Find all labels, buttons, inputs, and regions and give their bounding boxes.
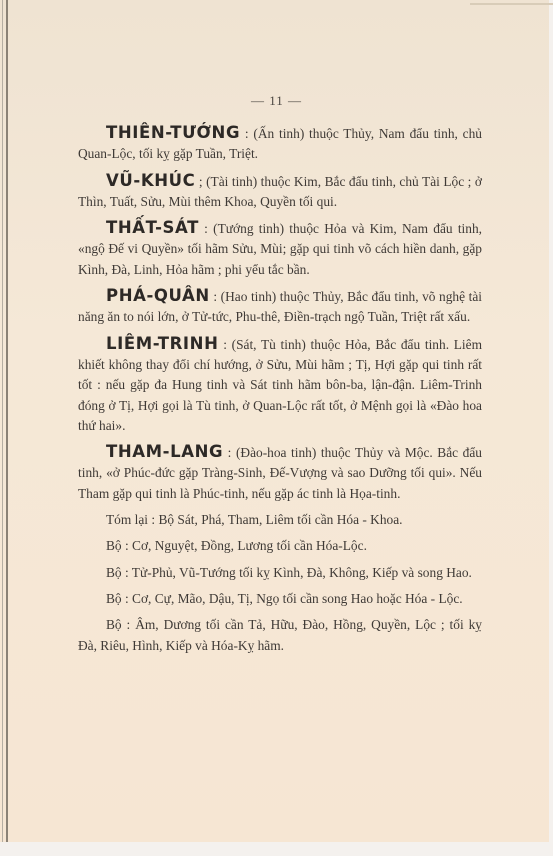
- entry-separator: :: [223, 445, 236, 460]
- entry-term: PHÁ-QUÂN: [106, 286, 210, 305]
- summary-line: Bộ : Tử-Phủ, Vũ-Tướng tối kỵ Kình, Đà, K…: [78, 563, 482, 583]
- summary-line: Tóm lại : Bộ Sát, Phá, Tham, Liêm tối cầ…: [78, 510, 482, 530]
- entry-term: LIÊM-TRINH: [106, 334, 219, 353]
- entry-paragraph: VŨ-KHÚC ; (Tài tinh) thuộc Kim, Bắc đẩu …: [78, 171, 482, 213]
- entry-liem-trinh: LIÊM-TRINH : (Sát, Tù tinh) thuộc Hỏa, B…: [78, 334, 482, 436]
- page-number: — 11 —: [0, 93, 553, 109]
- summary-line: Bộ : Cơ, Cự, Mão, Dậu, Tị, Ngọ tối cần s…: [78, 589, 482, 609]
- summary-line: Bộ : Âm, Dương tối cần Tả, Hữu, Đào, Hồn…: [78, 615, 482, 656]
- entry-paragraph: THAM-LANG : (Đào-hoa tinh) thuộc Thủy và…: [78, 442, 482, 504]
- entry-thien-tuong: THIÊN-TƯỚNG : (Ấn tinh) thuộc Thủy, Nam …: [78, 123, 482, 165]
- entry-paragraph: PHÁ-QUÂN : (Hao tinh) thuộc Thủy, Bắc đẩ…: [78, 286, 482, 328]
- entry-term: THAM-LANG: [106, 442, 223, 461]
- entry-that-sat: THẤT-SÁT : (Tướng tinh) thuộc Hỏa và Kim…: [78, 218, 482, 280]
- page-content: THIÊN-TƯỚNG : (Ấn tinh) thuộc Thủy, Nam …: [78, 123, 482, 662]
- summary-line: Bộ : Cơ, Nguyệt, Đồng, Lương tối cần Hóa…: [78, 536, 482, 556]
- page-binding-line: [6, 0, 8, 842]
- entry-separator: :: [210, 289, 221, 304]
- entry-separator: :: [240, 126, 253, 141]
- entry-pha-quan: PHÁ-QUÂN : (Hao tinh) thuộc Thủy, Bắc đẩ…: [78, 286, 482, 328]
- entry-term: THẤT-SÁT: [106, 218, 199, 237]
- entry-paragraph: LIÊM-TRINH : (Sát, Tù tinh) thuộc Hỏa, B…: [78, 334, 482, 436]
- entry-separator: :: [219, 337, 232, 352]
- entry-separator: :: [199, 221, 213, 236]
- page-top-edge: [470, 3, 553, 5]
- entry-paragraph: THẤT-SÁT : (Tướng tinh) thuộc Hỏa và Kim…: [78, 218, 482, 280]
- entry-term: THIÊN-TƯỚNG: [106, 123, 240, 142]
- book-page: — 11 — THIÊN-TƯỚNG : (Ấn tinh) thuộc Thủ…: [0, 0, 549, 842]
- entry-tham-lang: THAM-LANG : (Đào-hoa tinh) thuộc Thủy và…: [78, 442, 482, 504]
- entry-vu-khuc: VŨ-KHÚC ; (Tài tinh) thuộc Kim, Bắc đẩu …: [78, 171, 482, 213]
- entry-paragraph: THIÊN-TƯỚNG : (Ấn tinh) thuộc Thủy, Nam …: [78, 123, 482, 165]
- entry-term: VŨ-KHÚC: [106, 171, 195, 190]
- entry-separator: ;: [195, 174, 206, 189]
- page-binding-line-outer: [2, 0, 3, 842]
